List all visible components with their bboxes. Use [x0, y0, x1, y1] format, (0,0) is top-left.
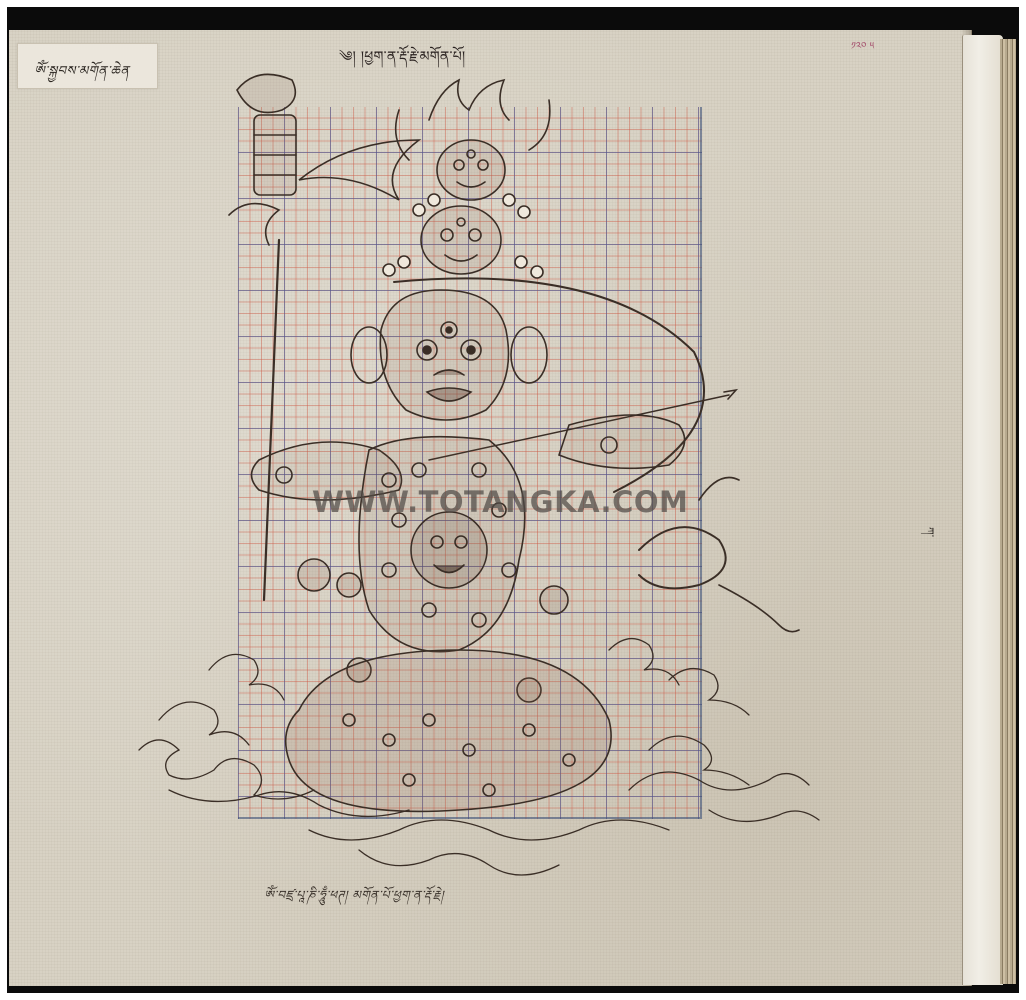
page-edge-strip	[962, 35, 1003, 985]
book-page-stack	[1000, 39, 1016, 984]
photograph: ༀ་སྐྱབས་མགོན་ཆེན ༄། །ཕྱག་ན་རྡོ་རྗེ་མགོན་…	[7, 7, 1019, 993]
caption-text: ཨོཾ་བཛྲ་པཱ་ཎི་ཧཱུྃ་ཕཊ། མགོན་པོ་ཕྱག་ན་རྡོ…	[264, 882, 444, 916]
book-page: ༀ་སྐྱབས་མགོན་ཆེན ༄། །ཕྱག་ན་རྡོ་རྗེ་མགོན་…	[9, 30, 972, 986]
watermark: WWW.TOTANGKA.COM	[312, 485, 688, 519]
